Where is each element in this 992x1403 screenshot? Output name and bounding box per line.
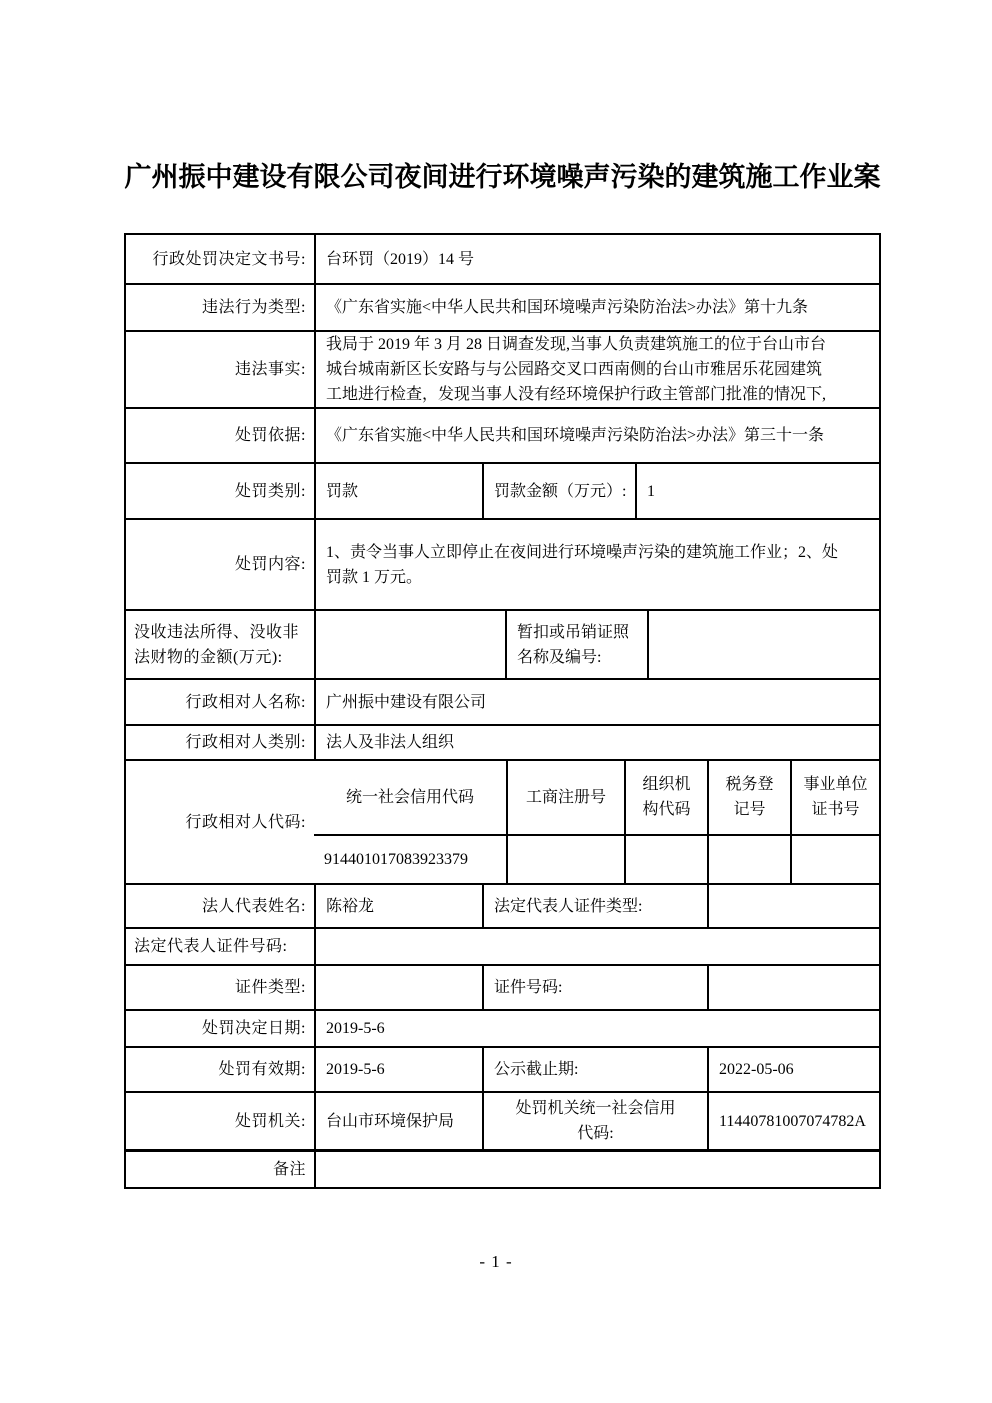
party-codes-value-row: 914401017083923379 xyxy=(314,834,879,884)
license-revocation-label: 暂扣或吊销证照 名称及编号: xyxy=(505,611,647,678)
penalty-category-label: 处罚类别: xyxy=(126,464,314,518)
authority-value: 台山市环境保护局 xyxy=(314,1093,482,1149)
row-penalty-basis: 处罚依据: 《广东省实施<中华人民共和国环境噪声污染防治法>办法》第三十一条 xyxy=(126,407,879,462)
page-number: - 1 - xyxy=(0,1252,992,1272)
cert-no-label: 证件号码: xyxy=(482,966,707,1009)
confiscation-value xyxy=(314,611,505,678)
doc-number-label: 行政处罚决定文书号: xyxy=(126,235,314,283)
row-authority: 处罚机关: 台山市环境保护局 处罚机关统一社会信用 代码: 1144078100… xyxy=(126,1091,879,1149)
violation-type-label: 违法行为类型: xyxy=(126,285,314,330)
party-type-label: 行政相对人类别: xyxy=(126,726,314,759)
validity-value: 2019-5-6 xyxy=(314,1048,482,1091)
row-doc-number: 行政处罚决定文书号: 台环罚（2019）14 号 xyxy=(126,235,879,283)
row-party-type: 行政相对人类别: 法人及非法人组织 xyxy=(126,724,879,759)
penalty-content-value: 1、责令当事人立即停止在夜间进行环境噪声污染的建筑施工作业；2、处 罚款 1 万… xyxy=(314,520,879,609)
penalty-amount-value: 1 xyxy=(635,464,879,518)
party-codes-label: 行政相对人代码: xyxy=(126,761,314,883)
cert-no-value xyxy=(707,966,879,1009)
row-penalty-category: 处罚类别: 罚款 罚款金额（万元）: 1 xyxy=(126,462,879,518)
party-codes-grid: 统一社会信用代码 工商注册号 组织机 构代码 税务登 记号 事业单位 证书号 9… xyxy=(314,761,879,883)
penalty-basis-label: 处罚依据: xyxy=(126,409,314,462)
document-title: 广州振中建设有限公司夜间进行环境噪声污染的建筑施工作业案 xyxy=(124,162,881,193)
penalty-basis-value: 《广东省实施<中华人民共和国环境噪声污染防治法>办法》第三十一条 xyxy=(314,409,879,462)
col-institution-cert-no: 事业单位 证书号 xyxy=(790,761,879,834)
tax-reg-no-value xyxy=(707,836,790,884)
row-violation-type: 违法行为类型: 《广东省实施<中华人民共和国环境噪声污染防治法>办法》第十九条 xyxy=(126,283,879,330)
penalty-category-value: 罚款 xyxy=(314,464,482,518)
row-confiscation: 没收违法所得、没收非 法财物的金额(万元): 暂扣或吊销证照 名称及编号: xyxy=(126,609,879,678)
remark-value xyxy=(314,1152,879,1187)
party-codes-header-row: 统一社会信用代码 工商注册号 组织机 构代码 税务登 记号 事业单位 证书号 xyxy=(314,761,879,834)
remark-label: 备注 xyxy=(126,1152,314,1187)
legal-rep-name-value: 陈裕龙 xyxy=(314,885,482,927)
row-party-name: 行政相对人名称: 广州振中建设有限公司 xyxy=(126,678,879,724)
row-party-codes: 行政相对人代码: 统一社会信用代码 工商注册号 组织机 构代码 税务登 记号 事… xyxy=(126,759,879,883)
col-business-reg-no: 工商注册号 xyxy=(506,761,624,834)
publicity-deadline-value: 2022-05-06 xyxy=(707,1048,879,1091)
legal-rep-cert-no-label: 法定代表人证件号码: xyxy=(126,929,314,964)
legal-rep-name-label: 法人代表姓名: xyxy=(126,885,314,927)
authority-credit-code-value: 11440781007074782A xyxy=(707,1093,879,1149)
penalty-amount-label: 罚款金额（万元）: xyxy=(482,464,635,518)
legal-rep-cert-type-label: 法定代表人证件类型: xyxy=(482,885,707,927)
decision-date-value: 2019-5-6 xyxy=(314,1011,879,1046)
violation-type-value: 《广东省实施<中华人民共和国环境噪声污染防治法>办法》第十九条 xyxy=(314,285,879,330)
institution-cert-no-value xyxy=(790,836,879,884)
authority-label: 处罚机关: xyxy=(126,1093,314,1149)
org-code-value xyxy=(624,836,707,884)
row-validity: 处罚有效期: 2019-5-6 公示截止期: 2022-05-06 xyxy=(126,1046,879,1091)
validity-label: 处罚有效期: xyxy=(126,1048,314,1091)
row-penalty-content: 处罚内容: 1、责令当事人立即停止在夜间进行环境噪声污染的建筑施工作业；2、处 … xyxy=(126,518,879,609)
row-legal-rep: 法人代表姓名: 陈裕龙 法定代表人证件类型: xyxy=(126,883,879,927)
credit-code-value: 914401017083923379 xyxy=(314,836,506,884)
authority-credit-code-label: 处罚机关统一社会信用 代码: xyxy=(482,1093,707,1149)
party-name-value: 广州振中建设有限公司 xyxy=(314,680,879,724)
license-revocation-value xyxy=(647,611,879,678)
confiscation-label: 没收违法所得、没收非 法财物的金额(万元): xyxy=(126,611,314,678)
cert-type-label: 证件类型: xyxy=(126,966,314,1009)
col-org-code: 组织机 构代码 xyxy=(624,761,707,834)
row-decision-date: 处罚决定日期: 2019-5-6 xyxy=(126,1009,879,1046)
row-remark: 备注 xyxy=(126,1149,879,1187)
row-legal-rep-cert-no: 法定代表人证件号码: xyxy=(126,927,879,964)
col-credit-code: 统一社会信用代码 xyxy=(314,761,506,834)
party-type-value: 法人及非法人组织 xyxy=(314,726,879,759)
legal-rep-cert-no-value xyxy=(314,929,879,964)
business-reg-no-value xyxy=(506,836,624,884)
doc-number-value: 台环罚（2019）14 号 xyxy=(314,235,879,283)
row-violation-fact: 违法事实: 我局于 2019 年 3 月 28 日调查发现,当事人负责建筑施工的… xyxy=(126,330,879,407)
cert-type-value xyxy=(314,966,482,1009)
legal-rep-cert-type-value xyxy=(707,885,879,927)
row-cert: 证件类型: 证件号码: xyxy=(126,964,879,1009)
document-page: 广州振中建设有限公司夜间进行环境噪声污染的建筑施工作业案 行政处罚决定文书号: … xyxy=(0,0,992,1403)
penalty-content-label: 处罚内容: xyxy=(126,520,314,609)
publicity-deadline-label: 公示截止期: xyxy=(482,1048,707,1091)
col-tax-reg-no: 税务登 记号 xyxy=(707,761,790,834)
penalty-table: 行政处罚决定文书号: 台环罚（2019）14 号 违法行为类型: 《广东省实施<… xyxy=(124,233,881,1189)
party-name-label: 行政相对人名称: xyxy=(126,680,314,724)
violation-fact-value: 我局于 2019 年 3 月 28 日调查发现,当事人负责建筑施工的位于台山市台… xyxy=(314,332,879,407)
violation-fact-label: 违法事实: xyxy=(126,332,314,407)
decision-date-label: 处罚决定日期: xyxy=(126,1011,314,1046)
